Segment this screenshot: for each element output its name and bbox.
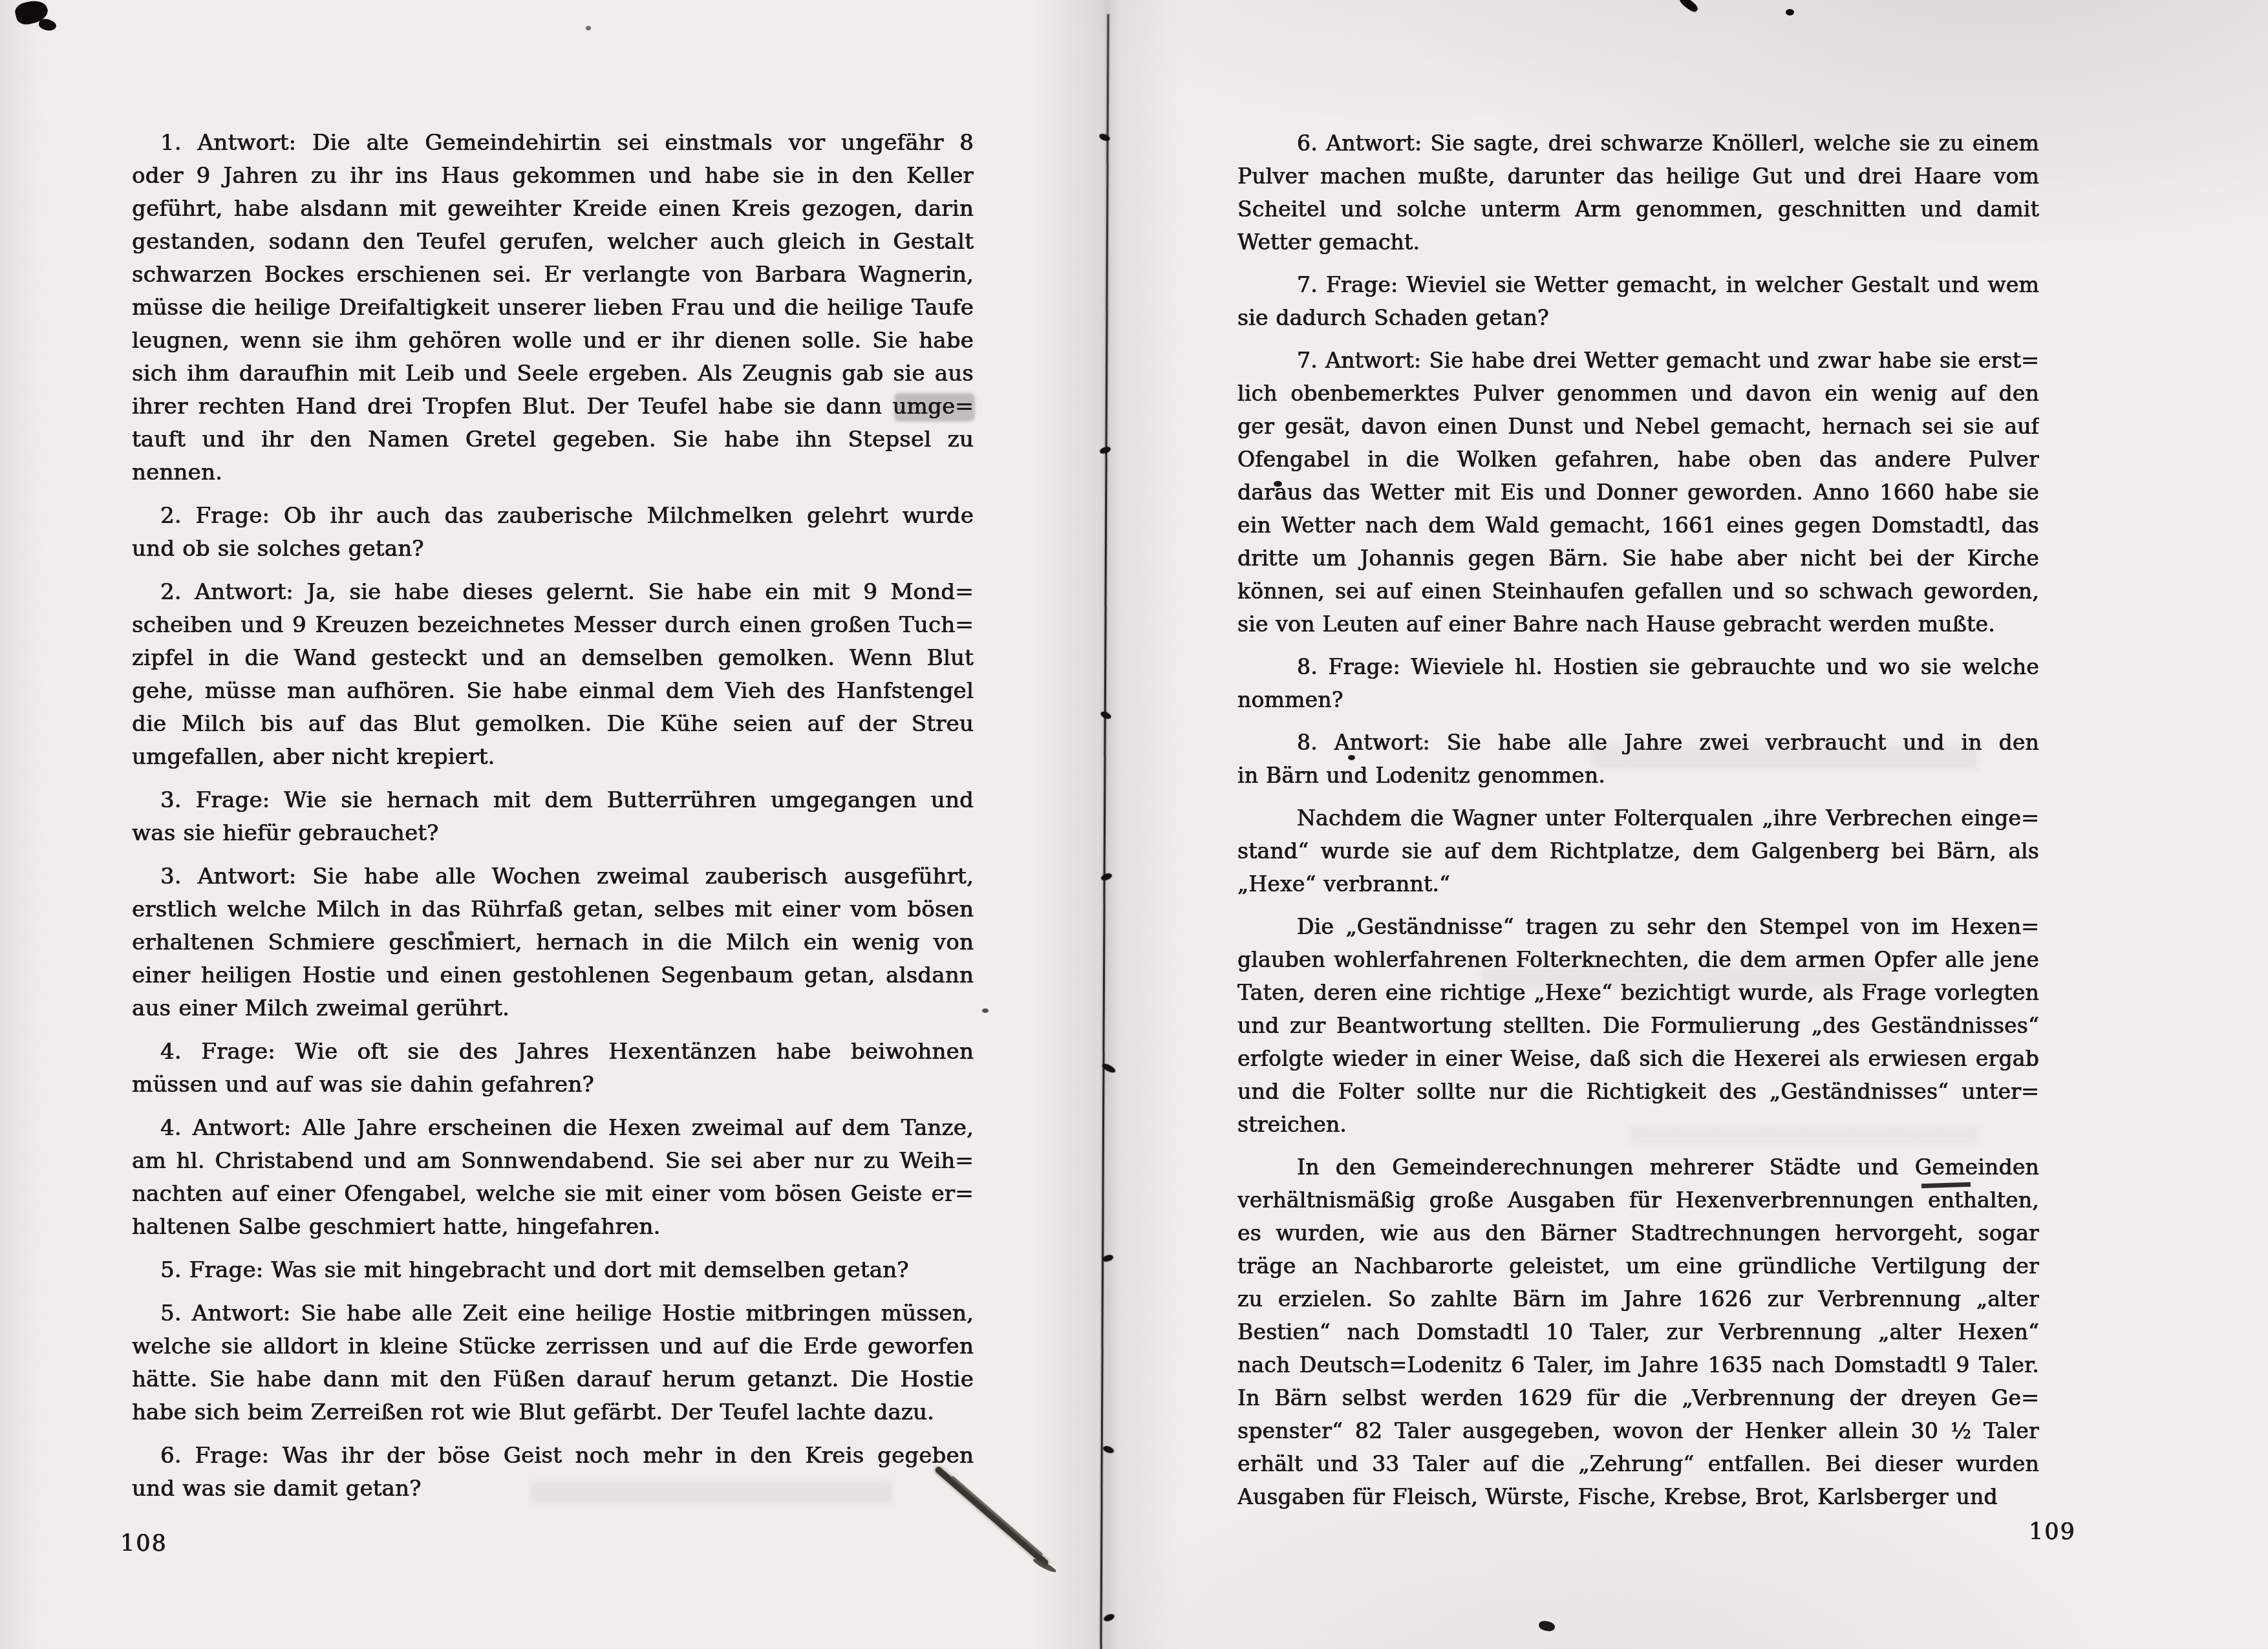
text-line: daraus das Wetter mit Eis und Donner gew… — [1237, 476, 2039, 509]
text-line: können, sei auf einen Steinhaufen gefall… — [1237, 575, 2039, 608]
book-scan: 1. Antwort: Die alte Gemeindehirtin sei … — [0, 0, 2268, 1649]
text-line: nach Deutsch=Lodenitz 6 Taler, im Jahre … — [1237, 1348, 2039, 1381]
left-page-text: 1. Antwort: Die alte Gemeindehirtin sei … — [132, 127, 974, 1516]
text-line: oder 9 Jahren zu ihr ins Haus gekommen u… — [132, 160, 974, 193]
text-line: verhältnismäßig große Ausgaben für Hexen… — [1237, 1184, 2039, 1217]
text-line: aus einer Milch zweimal gerührt. — [132, 992, 974, 1025]
text-line: erhaltenen Schmiere geschmiert, hernach … — [132, 926, 974, 959]
ink-blot — [894, 393, 975, 421]
text-line: Die „Geständnisse“ tragen zu sehr den St… — [1237, 910, 2039, 943]
text-line: hätte. Sie habe dann mit den Füßen darau… — [132, 1363, 974, 1396]
text-line: gehe, müsse man aufhören. Sie habe einma… — [132, 675, 974, 708]
text-line: In den Gemeinderechnungen mehrerer Städt… — [1237, 1151, 2039, 1184]
text-line: „Hexe“ verbrannt.“ — [1237, 867, 2039, 900]
text-line: spenster“ 82 Taler ausgegeben, wovon der… — [1237, 1414, 2039, 1447]
text-line: einer heiligen Hostie und einen gestohle… — [132, 959, 974, 992]
ink-speck — [1538, 1620, 1556, 1633]
text-line: ein Wetter nach dem Wald gemacht, 1661 e… — [1237, 509, 2039, 542]
text-line: 6. Frage: Was ihr der böse Geist noch me… — [132, 1440, 974, 1473]
text-line: und die Folter sollte nur die Richtigkei… — [1237, 1075, 2039, 1108]
paragraph: 5. Antwort: Sie habe alle Zeit eine heil… — [132, 1297, 974, 1429]
ink-speck — [982, 1008, 989, 1013]
text-line: scheiben und 9 Kreuzen bezeichnetes Mess… — [132, 609, 974, 642]
text-line: erfolgte wieder in einer Weise, daß sich… — [1237, 1042, 2039, 1075]
text-line: gestanden, sodann den Teufel gerufen, we… — [132, 226, 974, 259]
ghost-text — [1590, 745, 1978, 769]
text-line: Nachdem die Wagner unter Folterqualen „i… — [1237, 802, 2039, 835]
ink-speck — [586, 26, 591, 30]
text-line: Ausgaben für Fleisch, Würste, Fische, Kr… — [1237, 1480, 2039, 1513]
ghost-text — [1629, 1126, 1978, 1144]
paragraph: 1. Antwort: Die alte Gemeindehirtin sei … — [132, 127, 974, 489]
text-line: schwarzen Bockes erschienen sei. Er verl… — [132, 259, 974, 292]
text-line: 6. Antwort: Sie sagte, drei schwarze Knö… — [1237, 127, 2039, 160]
text-line: dritte um Johannis gegen Bärn. Sie habe … — [1237, 542, 2039, 575]
top-edge-ink-mark — [1786, 9, 1794, 16]
paragraph: 3. Antwort: Sie habe alle Wochen zweimal… — [132, 860, 974, 1025]
text-line: 4. Antwort: Alle Jahre erscheinen die He… — [132, 1112, 974, 1145]
text-line: am hl. Christabend und am Sonnwendabend.… — [132, 1145, 974, 1178]
ink-speck — [1274, 481, 1282, 487]
text-line: zipfel in die Wand gesteckt und an demse… — [132, 642, 974, 675]
text-line: 7. Antwort: Sie habe drei Wetter gemacht… — [1237, 344, 2039, 377]
text-line: 5. Frage: Was sie mit hingebracht und do… — [132, 1254, 974, 1287]
text-line: müsse die heilige Dreifaltigkeit unserer… — [132, 292, 974, 324]
right-page-number: 109 — [2029, 1519, 2076, 1545]
text-line: habe sich beim Zerreißen rot wie Blut ge… — [132, 1396, 974, 1429]
text-line: Scheitel und solche unterm Arm genommen,… — [1237, 193, 2039, 226]
text-line: Wetter gemacht. — [1237, 226, 2039, 259]
ghost-text — [1481, 968, 1894, 988]
pen-smudge — [934, 1465, 1050, 1567]
text-line: umgefallen, aber nicht krepiert. — [132, 741, 974, 774]
paragraph: 2. Antwort: Ja, sie habe dieses gelernt.… — [132, 576, 974, 774]
text-line: sie von Leuten auf einer Bahre nach Haus… — [1237, 608, 2039, 641]
text-line: 1. Antwort: Die alte Gemeindehirtin sei … — [132, 127, 974, 160]
text-line: was sie hiefür gebrauchet? — [132, 817, 974, 850]
left-page-number: 108 — [120, 1531, 167, 1557]
text-line: welche sie alldort in kleine Stücke zerr… — [132, 1330, 974, 1363]
ink-speck — [1348, 755, 1355, 760]
text-line: In Bärn selbst werden 1629 für die „Verb… — [1237, 1381, 2039, 1414]
text-line: sich ihm daraufhin mit Leib und Seele er… — [132, 357, 974, 390]
paragraph: In den Gemeinderechnungen mehrerer Städt… — [1237, 1151, 2039, 1513]
paragraph: 2. Frage: Ob ihr auch das zauberische Mi… — [132, 500, 974, 566]
ink-speck — [448, 931, 454, 935]
paragraph: 5. Frage: Was sie mit hingebracht und do… — [132, 1254, 974, 1287]
text-line: tauft und ihr den Namen Gretel gegeben. … — [132, 423, 974, 456]
paragraph: 4. Antwort: Alle Jahre erscheinen die He… — [132, 1112, 974, 1244]
top-edge-ink-mark — [1678, 0, 1699, 14]
text-line: 5. Antwort: Sie habe alle Zeit eine heil… — [132, 1297, 974, 1330]
text-line: die Milch bis auf das Blut gemolken. Die… — [132, 708, 974, 741]
text-line: ihrer rechten Hand drei Tropfen Blut. De… — [132, 390, 974, 423]
pen-smudge — [950, 1476, 1043, 1557]
text-line: müssen und auf was sie dahin gefahren? — [132, 1069, 974, 1101]
corner-ink-mark — [37, 17, 58, 33]
paragraph: 4. Frage: Wie oft sie des Jahres Hexentä… — [132, 1036, 974, 1101]
right-page-text: 6. Antwort: Sie sagte, drei schwarze Knö… — [1237, 127, 2039, 1523]
text-line: 3. Antwort: Sie habe alle Wochen zweimal… — [132, 860, 974, 893]
paragraph: Die „Geständnisse“ tragen zu sehr den St… — [1237, 910, 2039, 1141]
paragraph: 7. Frage: Wieviel sie Wetter gemacht, in… — [1237, 268, 2039, 334]
text-line: 2. Frage: Ob ihr auch das zauberische Mi… — [132, 500, 974, 533]
ink-speck — [223, 1316, 228, 1320]
ghost-text — [530, 1482, 892, 1504]
text-line: nennen. — [132, 456, 974, 489]
text-line: 7. Frage: Wieviel sie Wetter gemacht, in… — [1237, 268, 2039, 301]
text-line: Ofengabel in die Wolken gefahren, habe o… — [1237, 443, 2039, 476]
text-line: 3. Frage: Wie sie hernach mit dem Butter… — [132, 784, 974, 817]
text-line: 4. Frage: Wie oft sie des Jahres Hexentä… — [132, 1036, 974, 1069]
paragraph: 3. Frage: Wie sie hernach mit dem Butter… — [132, 784, 974, 850]
text-line: und zur Beantwortung stellten. Die Formu… — [1237, 1009, 2039, 1042]
text-line: sie dadurch Schaden getan? — [1237, 301, 2039, 334]
text-line: nachten auf einer Ofengabel, welche sie … — [132, 1178, 974, 1211]
text-line: Bestien“ nach Domstadtl 10 Taler, zur Ve… — [1237, 1315, 2039, 1348]
text-line: stand“ wurde sie auf dem Richtplatze, de… — [1237, 835, 2039, 867]
text-line: und ob sie solches getan? — [132, 533, 974, 566]
paragraph: 7. Antwort: Sie habe drei Wetter gemacht… — [1237, 344, 2039, 641]
text-line: träge an Nachbarorte geleistet, um eine … — [1237, 1250, 2039, 1282]
text-line: erhält und 33 Taler auf die „Zehrung“ en… — [1237, 1447, 2039, 1480]
text-line: 2. Antwort: Ja, sie habe dieses gelernt.… — [132, 576, 974, 609]
text-line: ger gesät, davon einen Dunst und Nebel g… — [1237, 410, 2039, 443]
text-line: lich obenbemerktes Pulver genommen und d… — [1237, 377, 2039, 410]
paragraph: 8. Frage: Wieviele hl. Hostien sie gebra… — [1237, 650, 2039, 716]
text-line: leugnen, wenn sie ihm gehören wolle und … — [132, 324, 974, 357]
text-line: es wurden, wie aus den Bärner Stadtrechn… — [1237, 1217, 2039, 1250]
text-line: nommen? — [1237, 683, 2039, 716]
paragraph: Nachdem die Wagner unter Folterqualen „i… — [1237, 802, 2039, 900]
paragraph: 6. Antwort: Sie sagte, drei schwarze Knö… — [1237, 127, 2039, 259]
text-line: zu erzielen. So zahlte Bärn im Jahre 162… — [1237, 1282, 2039, 1315]
text-line: Pulver machen mußte, darunter das heilig… — [1237, 160, 2039, 193]
text-line: 8. Frage: Wieviele hl. Hostien sie gebra… — [1237, 650, 2039, 683]
text-line: haltenen Salbe geschmiert hatte, hingefa… — [132, 1211, 974, 1244]
text-line: geführt, habe alsdann mit geweihter Krei… — [132, 193, 974, 226]
text-line: erstlich welche Milch in das Rührfaß get… — [132, 893, 974, 926]
